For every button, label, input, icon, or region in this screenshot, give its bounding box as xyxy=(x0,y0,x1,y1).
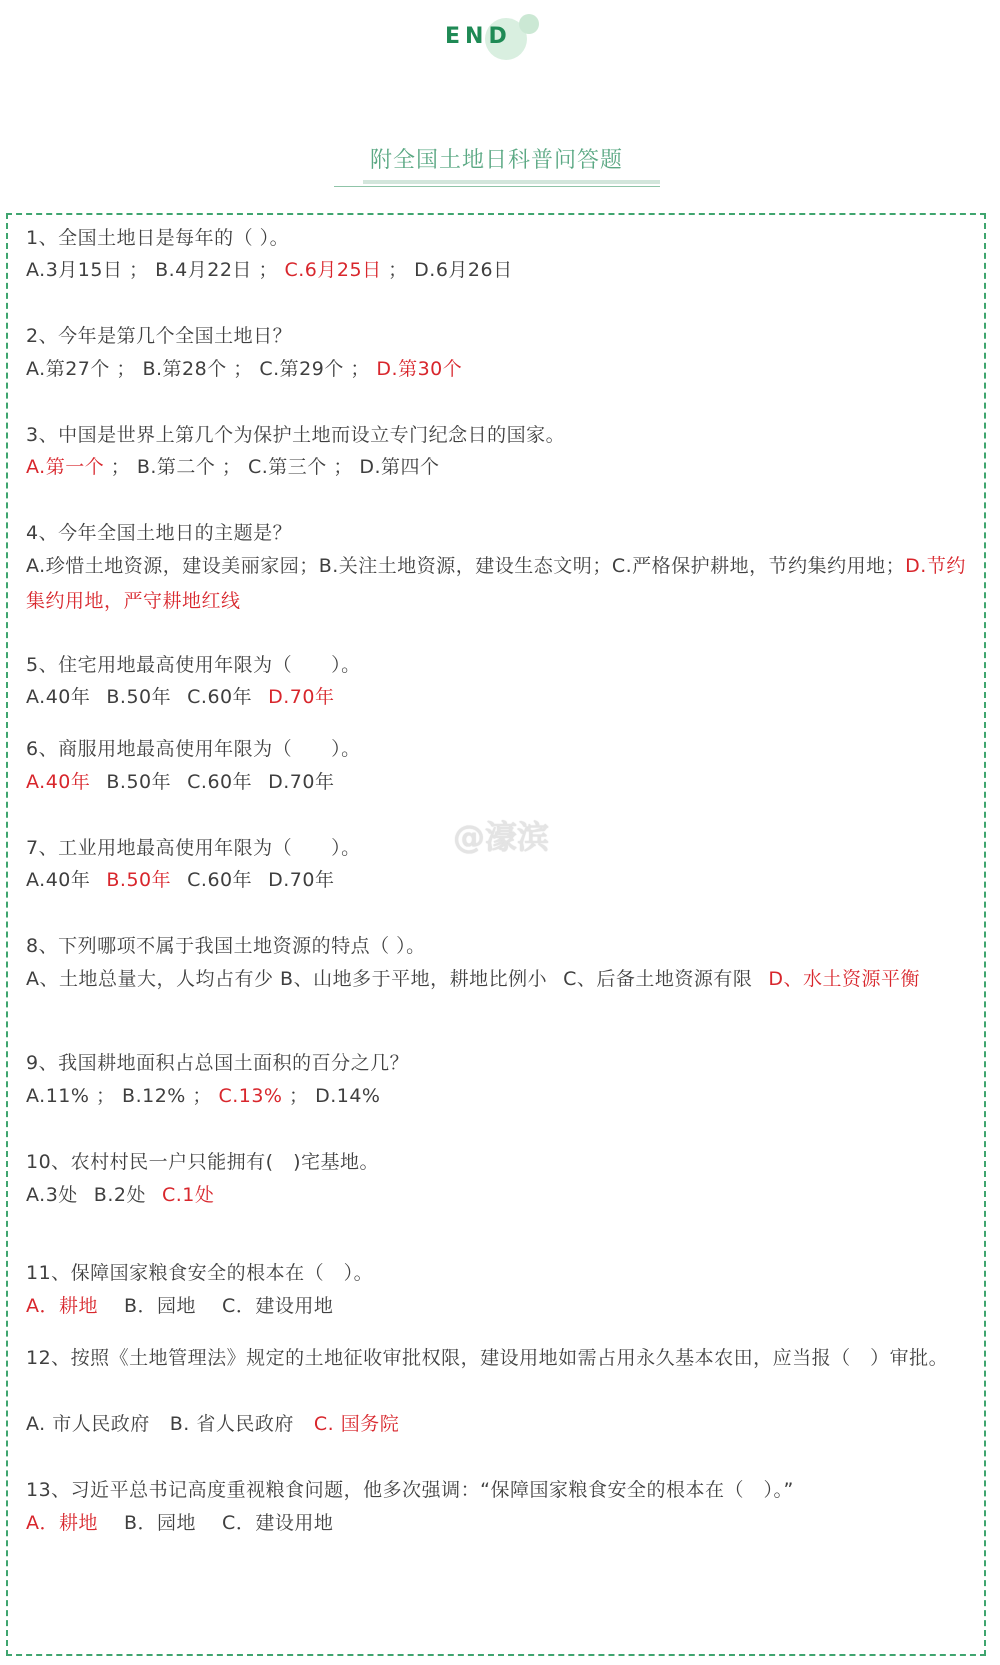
option-b: B、山地多于平地，耕地比例小 xyxy=(280,968,547,990)
title-underline-line xyxy=(334,186,660,187)
end-logo: END xyxy=(445,14,565,64)
options-11: A．耕地B．园地C．建设用地 xyxy=(26,1289,976,1324)
option-a-correct: A．耕地 xyxy=(26,1512,98,1534)
question-5: 5、住宅用地最高使用年限为（ ）。 xyxy=(26,648,966,683)
option-a: A.3处 xyxy=(26,1184,78,1206)
option-b-correct: B.50年 xyxy=(106,869,171,891)
question-1: 1、全国土地日是每年的（ ）。 xyxy=(26,221,966,256)
question-7: 7、工业用地最高使用年限为（ ）。 xyxy=(26,831,966,866)
options-4: A.珍惜土地资源，建设美丽家园；B.关注土地资源，建设生态文明；C.严格保护耕地… xyxy=(26,549,971,619)
option-b: B．园地 xyxy=(124,1295,196,1317)
option-b: B. 省人民政府 xyxy=(170,1413,294,1435)
option-b: B.第二个 xyxy=(137,456,216,478)
question-2: 2、今年是第几个全国土地日？ xyxy=(26,319,966,354)
option-c: C.严格保护耕地，节约集约用地 xyxy=(612,555,886,577)
option-c-correct: C.13% xyxy=(218,1085,282,1107)
options-10: A.3处B.2处C.1处 xyxy=(26,1178,976,1213)
options-8: A、土地总量大，人均占有少 B、山地多于平地，耕地比例小C、后备土地资源有限D、… xyxy=(26,962,971,997)
option-b: B.50年 xyxy=(106,686,171,708)
question-11: 11、保障国家粮食安全的根本在（ ）。 xyxy=(26,1256,966,1291)
option-b: B.2处 xyxy=(94,1184,146,1206)
option-a: A.珍惜土地资源，建设美丽家园 xyxy=(26,555,299,577)
question-8: 8、下列哪项不属于我国土地资源的特点（ ）。 xyxy=(26,929,966,964)
option-a-correct: A.40年 xyxy=(26,771,90,793)
option-d: D.70年 xyxy=(268,771,334,793)
option-a: A. 市人民政府 xyxy=(26,1413,150,1435)
option-c: C．建设用地 xyxy=(222,1295,333,1317)
question-6: 6、商服用地最高使用年限为（ ）。 xyxy=(26,732,966,767)
options-13: A．耕地B．园地C．建设用地 xyxy=(26,1506,976,1541)
option-d-correct: D.第30个 xyxy=(376,358,462,380)
question-12: 12、按照《土地管理法》规定的土地征收审批权限，建设用地如需占用永久基本农田，应… xyxy=(26,1341,971,1376)
option-a: A.40年 xyxy=(26,869,90,891)
end-label: END xyxy=(445,24,512,49)
option-a-correct: A.第一个 xyxy=(26,456,104,478)
options-6: A.40年B.50年C.60年D.70年 xyxy=(26,765,976,800)
options-5: A.40年B.50年C.60年D.70年 xyxy=(26,680,976,715)
option-a: A.11% xyxy=(26,1085,89,1107)
option-b: B.关注土地资源，建设生态文明 xyxy=(319,555,593,577)
options-7: A.40年B.50年C.60年D.70年 xyxy=(26,863,976,898)
option-a: A.40年 xyxy=(26,686,90,708)
option-c: C、后备土地资源有限 xyxy=(563,968,752,990)
option-d-correct: D、水土资源平衡 xyxy=(768,968,920,990)
option-a: A、土地总量大，人均占有少 xyxy=(26,968,274,990)
question-4: 4、今年全国土地日的主题是？ xyxy=(26,516,966,551)
option-b: B.4月22日 xyxy=(155,259,252,281)
option-a: A.3月15日 xyxy=(26,259,122,281)
option-c: C.60年 xyxy=(187,771,252,793)
option-b: B.12% xyxy=(122,1085,186,1107)
option-a: A.第27个 xyxy=(26,358,110,380)
option-c: C.第三个 xyxy=(248,456,327,478)
question-3: 3、中国是世界上第几个为保护土地而设立专门纪念日的国家。 xyxy=(26,418,966,453)
option-b: B.第28个 xyxy=(142,358,226,380)
option-d-correct: D.70年 xyxy=(268,686,334,708)
option-c-correct: C.1处 xyxy=(162,1184,214,1206)
question-10: 10、农村村民一户只能拥有( )宅基地。 xyxy=(26,1145,966,1180)
option-c-correct: C. 国务院 xyxy=(314,1413,399,1435)
option-d: D.6月26日 xyxy=(414,259,512,281)
option-b: B．园地 xyxy=(124,1512,196,1534)
options-3: A.第一个 ； B.第二个 ； C.第三个 ； D.第四个 xyxy=(26,450,976,485)
option-d: D.70年 xyxy=(268,869,334,891)
question-13: 13、习近平总书记高度重视粮食问题，他多次强调：“保障国家粮食安全的根本在（ ）… xyxy=(26,1473,976,1508)
option-c: C.60年 xyxy=(187,869,252,891)
option-d: D.第四个 xyxy=(359,456,439,478)
options-9: A.11% ； B.12% ； C.13% ； D.14% xyxy=(26,1079,976,1114)
decor-circle-small-icon xyxy=(519,14,539,34)
section-title: 附全国土地日科普问答题 xyxy=(370,143,623,174)
options-1: A.3月15日 ； B.4月22日 ； C.6月25日 ； D.6月26日 xyxy=(26,253,976,288)
option-c: C.60年 xyxy=(187,686,252,708)
option-a-correct: A．耕地 xyxy=(26,1295,98,1317)
option-c-correct: C.6月25日 xyxy=(285,259,382,281)
question-9: 9、我国耕地面积占总国土面积的百分之几？ xyxy=(26,1046,966,1081)
options-12: A. 市人民政府B. 省人民政府C. 国务院 xyxy=(26,1407,976,1442)
option-d: D.14% xyxy=(315,1085,380,1107)
title-underline-bar xyxy=(363,180,660,184)
option-b: B.50年 xyxy=(106,771,171,793)
option-c: C.第29个 xyxy=(259,358,343,380)
options-2: A.第27个 ； B.第28个 ； C.第29个 ； D.第30个 xyxy=(26,352,976,387)
option-c: C．建设用地 xyxy=(222,1512,333,1534)
